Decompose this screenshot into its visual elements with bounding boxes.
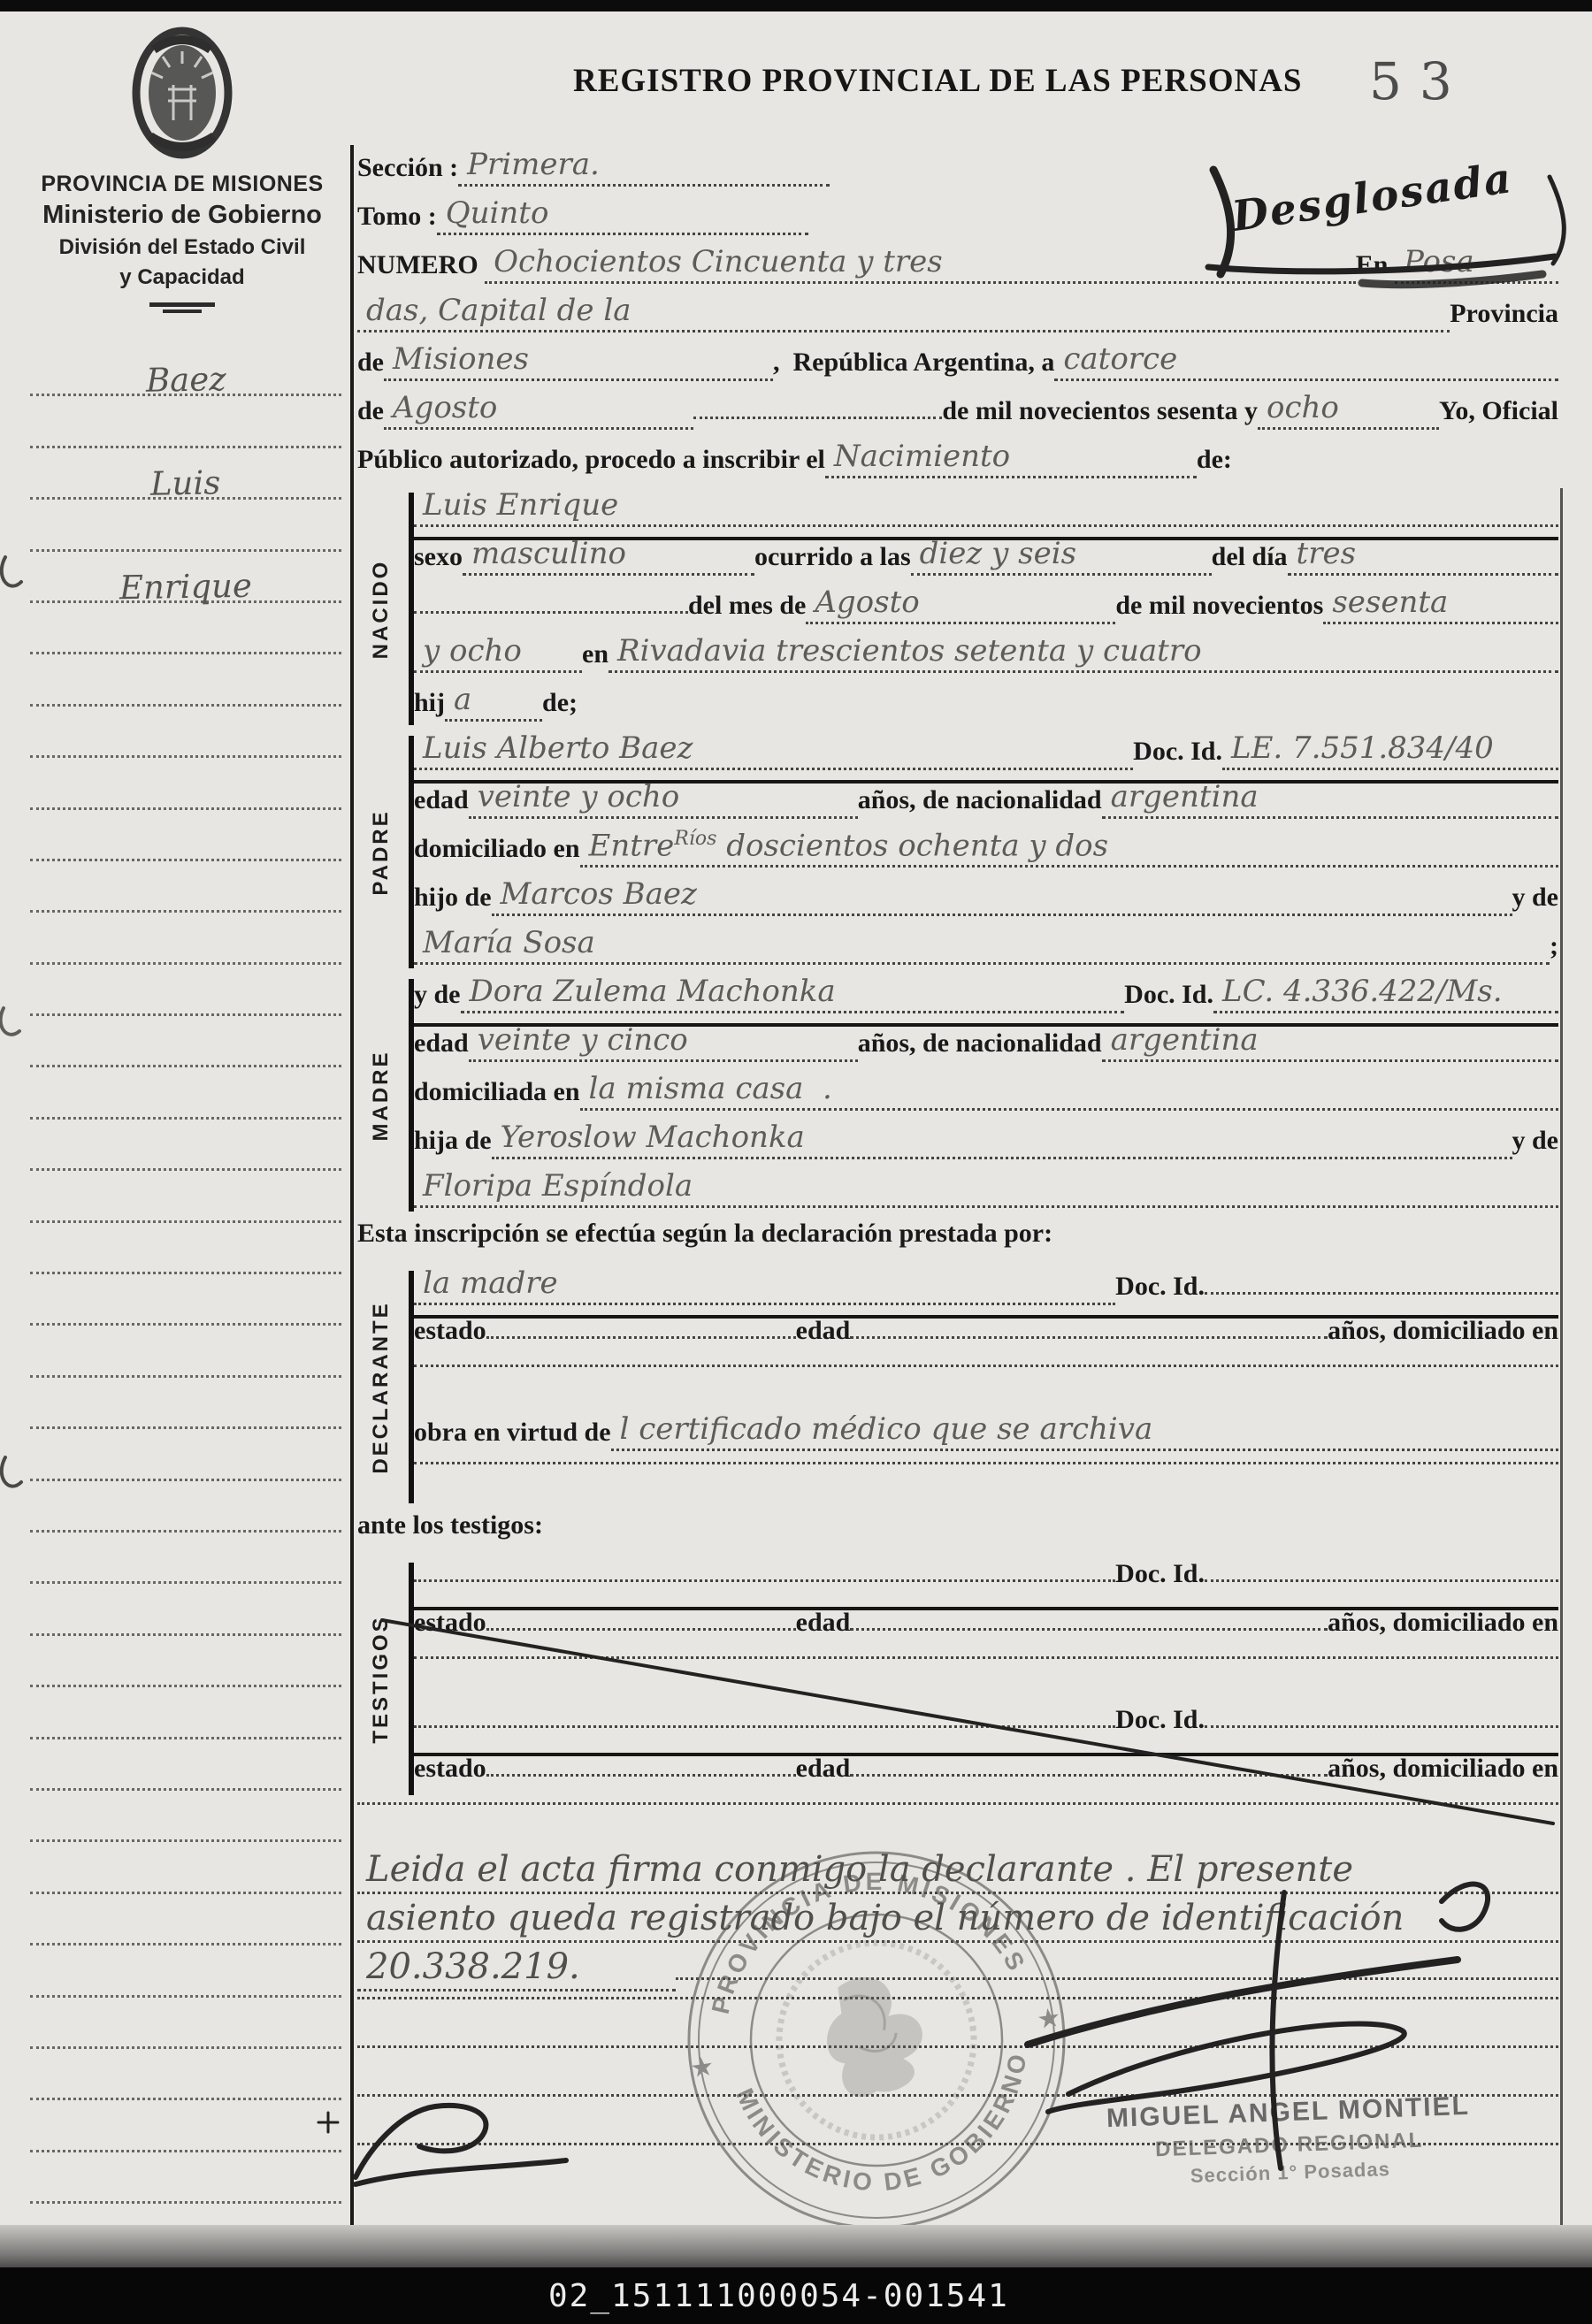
scan-footer-bar: 02_151111000054-001541: [0, 2267, 1592, 2324]
left-signature: [318, 2106, 566, 2184]
testigos-strike-line: [382, 1620, 1553, 1823]
right-signature: [1028, 1884, 1488, 2168]
page-bottom-shadow: [0, 2225, 1592, 2267]
scan-id: 02_151111000054-001541: [548, 2278, 1009, 2314]
ink-overlay: [0, 0, 1592, 2324]
